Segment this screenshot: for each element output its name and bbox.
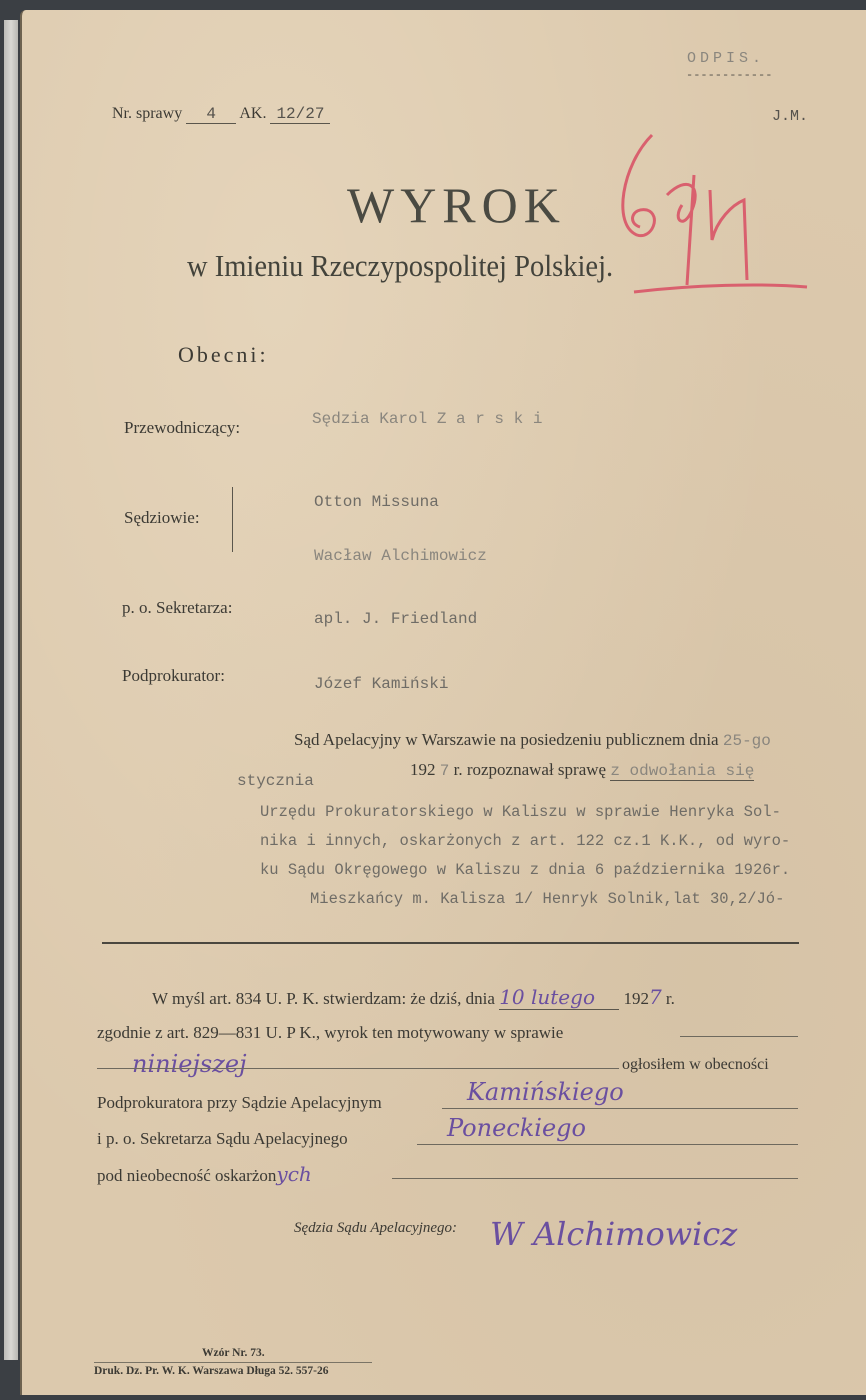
printer-info: Druk. Dz. Pr. W. K. Warszawa Długa 52. 5… — [94, 1365, 329, 1377]
document-subtitle: w Imieniu Rzeczypospolitej Polskiej. — [187, 248, 613, 284]
copy-stamp-underline: ------------ — [686, 68, 772, 82]
handwritten-case-type: niniejszej — [132, 1050, 247, 1078]
announcement-date: 10 lutego — [499, 985, 619, 1010]
case-examined-text: r. rozpoznawał sprawę — [454, 760, 606, 779]
red-pencil-annotation — [592, 115, 812, 305]
announcement-line-3: ogłosiłem w obecności — [622, 1056, 769, 1074]
judge-name-1: Otton Missuna — [314, 493, 439, 511]
binding-strip — [4, 20, 18, 1360]
announcement-line-2: zgodnie z art. 829—831 U. P K., wyrok te… — [97, 1023, 563, 1043]
case-number-part2: AK. — [239, 105, 266, 122]
judge-name-2: Wacław Alchimowicz — [314, 547, 487, 565]
case-description-line: Urzędu Prokuratorskiego w Kaliszu w spra… — [260, 798, 790, 827]
handwritten-prosecutor-name: Kamińskiego — [467, 1078, 624, 1106]
case-description-line: Mieszkańcy m. Kalisza 1/ Henryk Solnik,l… — [260, 885, 790, 914]
absence-text: pod nieobecność oskarżon — [97, 1166, 276, 1185]
form-number: Wzór Nr. 73. — [202, 1347, 265, 1359]
year-suffix: 7 — [440, 762, 450, 780]
signature-label: Sędzia Sądu Apelacyjnego: — [294, 1220, 457, 1237]
announcement-line-4: Podprokuratora przy Sądzie Apelacyjnym — [97, 1093, 382, 1113]
case-number: Nr. sprawy 4 AK. 12/27 — [112, 105, 330, 124]
session-month: stycznia — [237, 772, 314, 790]
prosecutor-label: Podprokurator: — [122, 666, 225, 686]
announcement-line-6: pod nieobecność oskarżonych — [97, 1162, 312, 1186]
footer-rule — [94, 1362, 372, 1363]
blank-line — [442, 1108, 798, 1109]
blank-line — [392, 1178, 798, 1179]
year-prefix: 192 — [410, 760, 436, 779]
announcement-year-suffix: r. — [666, 989, 675, 1008]
section-divider — [102, 942, 799, 944]
blank-line — [417, 1144, 798, 1145]
announcement-text-1: W myśl art. 834 U. P. K. stwierdzam: że … — [152, 989, 495, 1008]
case-description: Urzędu Prokuratorskiego w Kaliszu w spra… — [260, 798, 790, 914]
case-number-part3: 12/27 — [270, 105, 330, 124]
session-day: 25-go — [723, 732, 771, 750]
presiding-judge-name: Sędzia Karol Z a r s k i — [312, 410, 542, 428]
handwritten-secretary-name: Poneckiego — [447, 1114, 586, 1142]
appeal-text: z odwołania się — [610, 762, 754, 781]
copy-stamp: ODPIS. — [687, 50, 765, 67]
body-line-2: 192 7 r. rozpoznawał sprawę z odwołania … — [410, 760, 754, 781]
secretary-name: apl. J. Friedland — [314, 610, 477, 628]
announcement-line-1: W myśl art. 834 U. P. K. stwierdzam: że … — [152, 985, 675, 1010]
announcement-line-5: i p. o. Sekretarza Sądu Apelacyjnego — [97, 1129, 348, 1149]
blank-line — [680, 1036, 798, 1037]
case-description-line: nika i innych, oskarżonych z art. 122 cz… — [260, 827, 790, 856]
document-title: WYROK — [347, 176, 566, 234]
announcement-year: 7 — [649, 985, 662, 1009]
handwritten-suffix: ych — [276, 1162, 311, 1186]
case-number-part1: 4 — [186, 105, 236, 124]
announcement-year-prefix: 192 — [623, 989, 649, 1008]
judge-signature: W Alchimowicz — [490, 1215, 737, 1253]
present-heading: Obecni: — [178, 342, 269, 368]
case-label: Nr. sprawy — [112, 105, 182, 122]
document-page: Nr. sprawy 4 AK. 12/27 ODPIS. ----------… — [20, 10, 866, 1395]
judges-label: Sędziowie: — [124, 508, 200, 528]
prosecutor-name: Józef Kamiński — [314, 675, 448, 693]
case-description-line: ku Sądu Okręgowego w Kaliszu z dnia 6 pa… — [260, 856, 790, 885]
court-session-text: Sąd Apelacyjny w Warszawie na posiedzeni… — [294, 730, 719, 749]
secretary-label: p. o. Sekretarza: — [122, 598, 232, 618]
presiding-judge-label: Przewodniczący: — [124, 418, 240, 438]
judges-bracket — [232, 487, 233, 552]
body-line-1: Sąd Apelacyjny w Warszawie na posiedzeni… — [294, 730, 771, 750]
blank-line — [97, 1068, 619, 1069]
